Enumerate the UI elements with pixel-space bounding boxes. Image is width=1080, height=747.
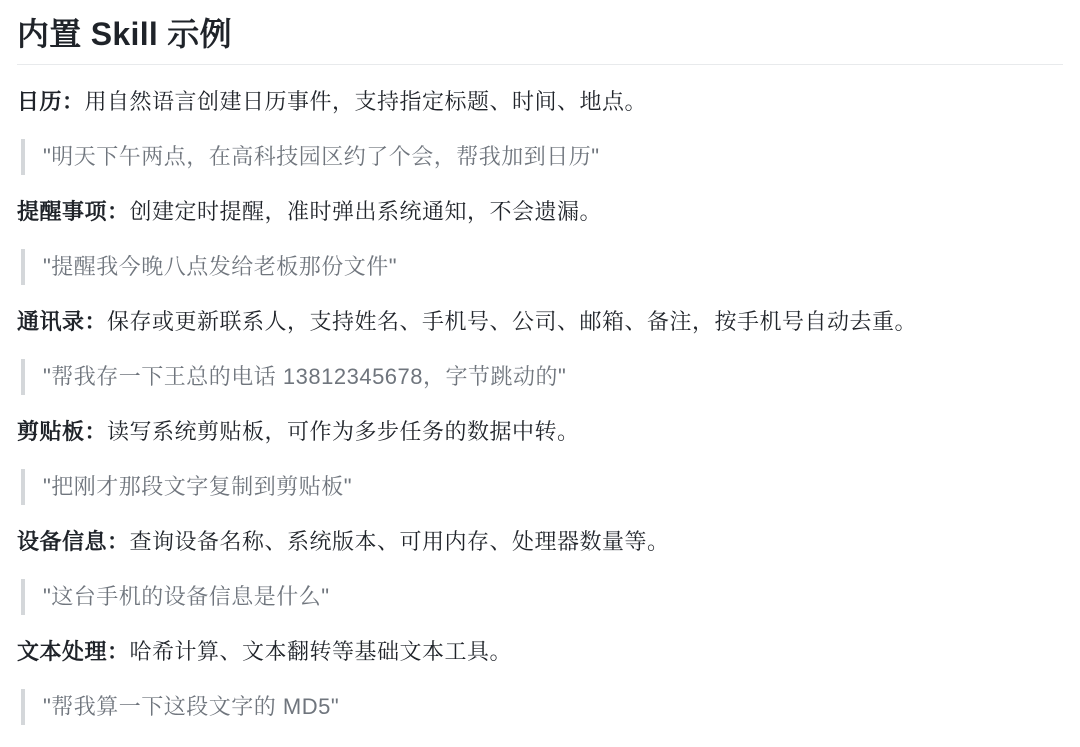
example-blockquote: "提醒我今晚八点发给老板那份文件" [21, 249, 1063, 285]
skill-description: 通讯录：保存或更新联系人，支持姓名、手机号、公司、邮箱、备注，按手机号自动去重。 [17, 306, 1063, 338]
skill-section-device-info: 设备信息：查询设备名称、系统版本、可用内存、处理器数量等。 "这台手机的设备信息… [17, 526, 1063, 615]
example-blockquote: "这台手机的设备信息是什么" [21, 579, 1063, 615]
document-page: 内置 Skill 示例 日历：用自然语言创建日历事件，支持指定标题、时间、地点。… [0, 0, 1080, 747]
skill-label: 文本处理： [17, 639, 130, 664]
example-blockquote: "把刚才那段文字复制到剪贴板" [21, 469, 1063, 505]
skill-description: 设备信息：查询设备名称、系统版本、可用内存、处理器数量等。 [17, 526, 1063, 558]
skill-description-text: 哈希计算、文本翻转等基础文本工具。 [130, 639, 513, 664]
skill-description-text: 用自然语言创建日历事件，支持指定标题、时间、地点。 [85, 89, 648, 114]
skill-description: 日历：用自然语言创建日历事件，支持指定标题、时间、地点。 [17, 86, 1063, 118]
skill-label: 通讯录： [17, 309, 107, 334]
skill-description: 文本处理：哈希计算、文本翻转等基础文本工具。 [17, 636, 1063, 668]
skill-section-calendar: 日历：用自然语言创建日历事件，支持指定标题、时间、地点。 "明天下午两点，在高科… [17, 86, 1063, 175]
example-blockquote: "帮我存一下王总的电话 13812345678，字节跳动的" [21, 359, 1063, 395]
page-title: 内置 Skill 示例 [17, 14, 1063, 65]
skill-label: 剪贴板： [17, 419, 107, 444]
skill-description-text: 保存或更新联系人，支持姓名、手机号、公司、邮箱、备注，按手机号自动去重。 [107, 309, 917, 334]
example-blockquote: "帮我算一下这段文字的 MD5" [21, 689, 1063, 725]
example-quote-text: "提醒我今晚八点发给老板那份文件" [43, 254, 397, 279]
skill-section-reminders: 提醒事项：创建定时提醒，准时弹出系统通知，不会遗漏。 "提醒我今晚八点发给老板那… [17, 196, 1063, 285]
example-quote-text: "把刚才那段文字复制到剪贴板" [43, 474, 352, 499]
skill-label: 日历： [17, 89, 85, 114]
skill-section-clipboard: 剪贴板：读写系统剪贴板，可作为多步任务的数据中转。 "把刚才那段文字复制到剪贴板… [17, 416, 1063, 505]
skill-section-text-processing: 文本处理：哈希计算、文本翻转等基础文本工具。 "帮我算一下这段文字的 MD5" [17, 636, 1063, 725]
skill-description-text: 读写系统剪贴板，可作为多步任务的数据中转。 [107, 419, 580, 444]
example-quote-text: "帮我算一下这段文字的 MD5" [43, 694, 339, 719]
skill-section-contacts: 通讯录：保存或更新联系人，支持姓名、手机号、公司、邮箱、备注，按手机号自动去重。… [17, 306, 1063, 395]
skill-label: 设备信息： [17, 529, 130, 554]
skill-description-text: 创建定时提醒，准时弹出系统通知，不会遗漏。 [130, 199, 603, 224]
example-quote-text: "明天下午两点，在高科技园区约了个会，帮我加到日历" [43, 144, 600, 169]
example-blockquote: "明天下午两点，在高科技园区约了个会，帮我加到日历" [21, 139, 1063, 175]
skill-description: 提醒事项：创建定时提醒，准时弹出系统通知，不会遗漏。 [17, 196, 1063, 228]
skill-description-text: 查询设备名称、系统版本、可用内存、处理器数量等。 [130, 529, 670, 554]
skill-description: 剪贴板：读写系统剪贴板，可作为多步任务的数据中转。 [17, 416, 1063, 448]
example-quote-text: "帮我存一下王总的电话 13812345678，字节跳动的" [43, 364, 566, 389]
skill-label: 提醒事项： [17, 199, 130, 224]
example-quote-text: "这台手机的设备信息是什么" [43, 584, 330, 609]
